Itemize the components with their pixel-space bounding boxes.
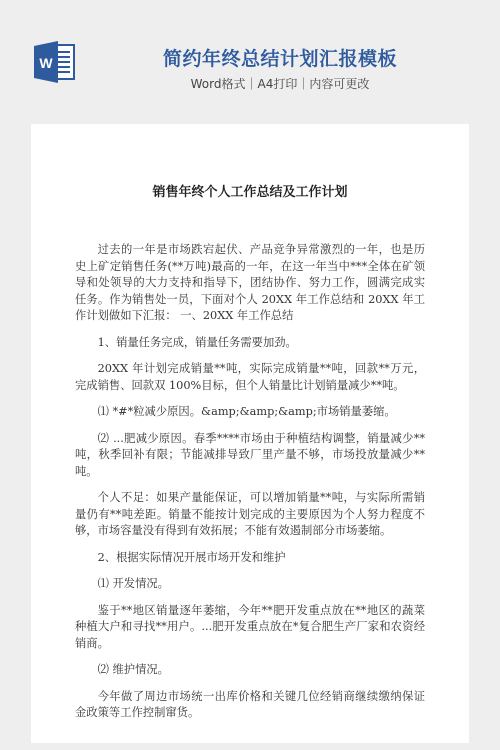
paragraph-shortcomings: 个人不足：如果产量能保证，可以增加销量**吨，与实际所需销量仍有**吨差距。销量…	[75, 490, 425, 540]
document-title: 销售年终个人工作总结及工作计划	[31, 181, 469, 200]
paragraph-development-heading: ⑴ 开发情况。	[75, 576, 425, 593]
paragraph-maintenance-heading: ⑵ 维护情况。	[75, 662, 425, 679]
paragraph-reason-2: ⑵ ...肥减少原因。春季****市场由于种植结构调整，销量减少**吨，秋季回补…	[75, 431, 425, 481]
word-document-icon: W	[32, 40, 76, 84]
paragraph-sales-figures: 20XX 年计划完成销量**吨，实际完成销量**吨，回款**万元，完成销售、回款…	[75, 361, 425, 394]
paragraph-section-1: 1、销量任务完成，销量任务需要加劲。	[75, 335, 425, 352]
document-page: 销售年终个人工作总结及工作计划 过去的一年是市场跌宕起伏、产品竞争异常激烈的一年…	[31, 124, 469, 743]
paragraph-reason-1: ⑴ *#*粒减少原因。&amp;&amp;&amp;市场销量萎缩。	[75, 404, 425, 421]
paragraph-section-2: 2、根据实际情况开展市场开发和维护	[75, 550, 425, 567]
svg-text:W: W	[39, 55, 53, 71]
template-title: 简约年终总结计划汇报模板	[120, 44, 440, 71]
document-body: 过去的一年是市场跌宕起伏、产品竞争异常激烈的一年，也是历史上矿定销售任务(**万…	[75, 242, 425, 732]
paragraph-intro: 过去的一年是市场跌宕起伏、产品竞争异常激烈的一年，也是历史上矿定销售任务(**万…	[75, 242, 425, 325]
paragraph-maintenance: 今年做了周边市场统一出库价格和关键几位经销商继续缴纳保证金政策等工作控制窜货。	[75, 689, 425, 722]
template-subtitle: Word格式｜A4打印｜内容可更改	[120, 75, 440, 92]
banner-header: W 简约年终总结计划汇报模板 Word格式｜A4打印｜内容可更改	[0, 0, 500, 124]
paragraph-development: 鉴于**地区销量逐年萎缩，今年**肥开发重点放在**地区的蔬菜种植大户和寻找**…	[75, 603, 425, 653]
